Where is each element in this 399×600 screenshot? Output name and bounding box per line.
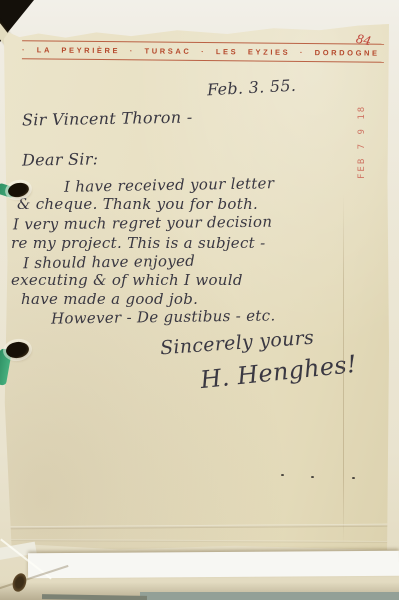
horizontal-crease [4, 524, 389, 530]
vertical-crease [343, 194, 344, 544]
body-line: I have received your letter [64, 174, 275, 196]
body-line: I very much regret your decision [13, 213, 272, 234]
signature: H. Henghes! [199, 350, 358, 394]
letterhead-rule-top [22, 40, 384, 44]
table-surface-strip [140, 592, 399, 600]
white-paper-strip [28, 551, 399, 579]
letterhead: · LA PEYRIÈRE · TURSAC · LES EYZIES · DO… [22, 40, 384, 62]
addressee-line: Sir Vincent Thoron - [22, 108, 193, 130]
closing-line: Sincerely yours [159, 327, 314, 360]
ink-speck [311, 476, 314, 478]
table-surface-sliver [42, 594, 147, 600]
letterhead-text: · LA PEYRIÈRE · TURSAC · LES EYZIES · DO… [22, 45, 384, 57]
body-line: & cheque. Thank you for both. [17, 195, 258, 213]
body-line: However - De gustibus - etc. [51, 306, 276, 327]
body-line: have made a good job. [21, 290, 198, 308]
horizontal-crease [4, 539, 389, 543]
ink-speck [352, 477, 355, 479]
date-line: Feb. 3. 55. [207, 76, 297, 100]
body-line: I should have enjoyed [23, 252, 195, 272]
body-line: executing & of which I would [11, 271, 243, 289]
page-mark-annotation: 84 [355, 32, 373, 49]
ink-speck [281, 474, 284, 476]
salutation-line: Dear Sir: [22, 149, 99, 169]
letterhead-rule-bottom [22, 58, 384, 62]
letter-sheet: · LA PEYRIÈRE · TURSAC · LES EYZIES · DO… [4, 24, 389, 550]
received-date-stamp: FEB 7 9 18 [357, 105, 369, 179]
body-line: re my project. This is a subject - [11, 234, 265, 252]
